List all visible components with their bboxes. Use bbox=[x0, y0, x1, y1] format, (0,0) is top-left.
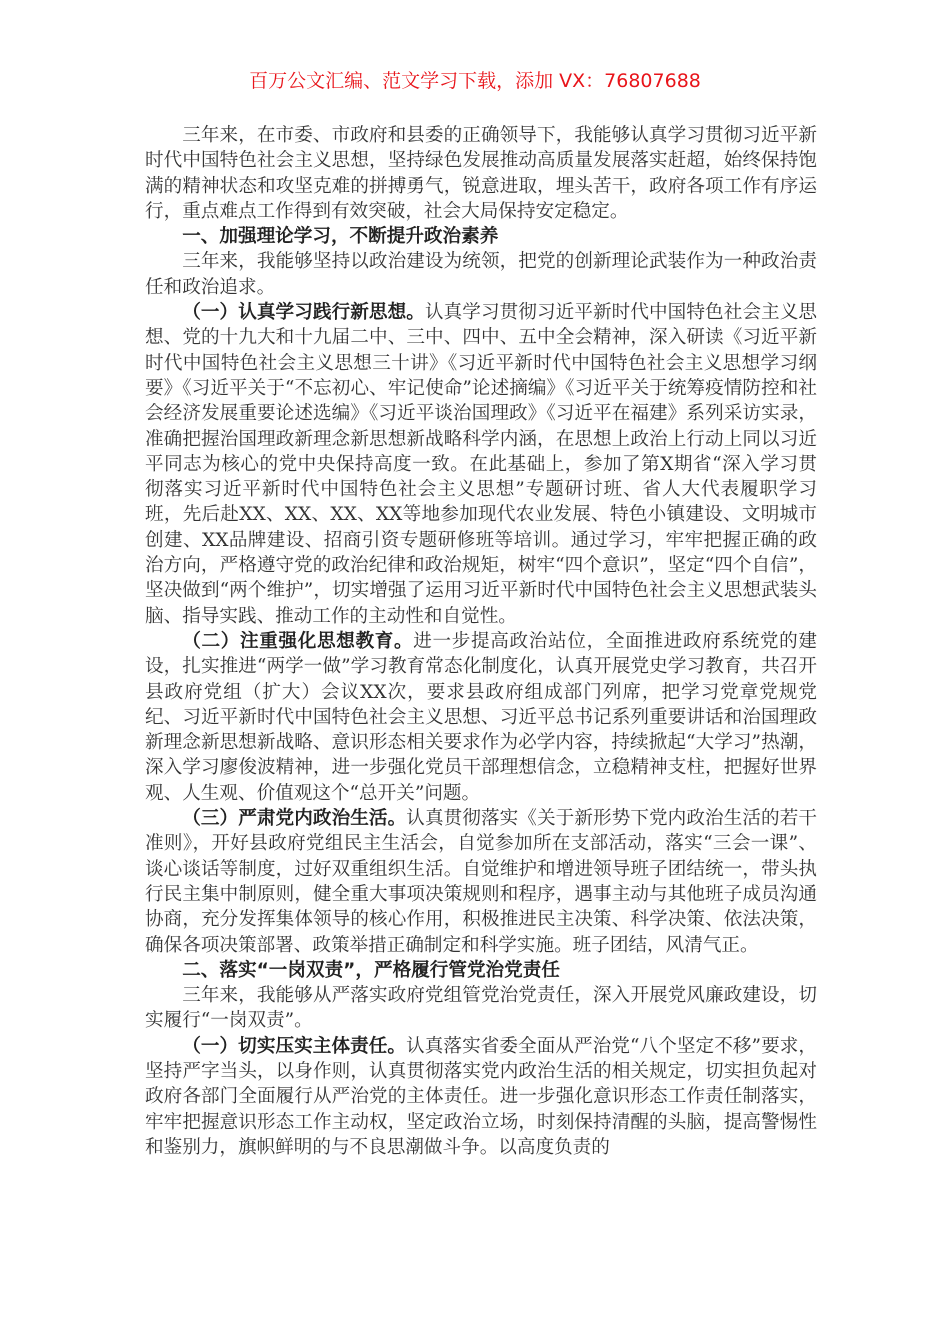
subsection-1-3: （三）严肃党内政治生活。认真贯彻落实《关于新形势下党内政治生活的若干准则》，开好… bbox=[145, 806, 817, 958]
document-body: 三年来，在市委、市政府和县委的正确领导下，我能够认真学习贯彻习近平新时代中国特色… bbox=[145, 123, 817, 1160]
subsection-1-2: （二）注重强化思想教育。进一步提高政治站位，全面推进政府系统党的建设，扎实推进“… bbox=[145, 629, 817, 806]
subsection-title: （二）注重强化思想教育。 bbox=[182, 631, 413, 652]
download-banner: 百万公文汇编、范文学习下载，添加 VX：76807688 bbox=[0, 66, 950, 96]
section-heading-2: 二、落实“一岗双责”，严格履行管党治党责任 bbox=[145, 958, 817, 983]
subsection-body: 认真学习贯彻习近平新时代中国特色社会主义思想、党的十九大和十九届二中、三中、四中… bbox=[145, 302, 817, 627]
section-1-intro: 三年来，我能够坚持以政治建设为统领，把党的创新理论武装作为一种政治责任和政治追求… bbox=[145, 249, 817, 300]
subsection-body: 进一步提高政治站位，全面推进政府系统党的建设，扎实推进“两学一做”学习教育常态化… bbox=[145, 631, 817, 804]
subsection-title: （一）切实压实主体责任。 bbox=[182, 1036, 406, 1057]
subsection-title: （三）严肃党内政治生活。 bbox=[182, 808, 406, 829]
subsection-1-1: （一）认真学习践行新思想。认真学习贯彻习近平新时代中国特色社会主义思想、党的十九… bbox=[145, 300, 817, 629]
section-2-intro: 三年来，我能够从严落实政府党组管党治党责任，深入开展党风廉政建设，切实履行“一岗… bbox=[145, 983, 817, 1034]
subsection-body: 认真贯彻落实《关于新形势下党内政治生活的若干准则》，开好县政府党组民主生活会，自… bbox=[145, 808, 817, 955]
intro-paragraph: 三年来，在市委、市政府和县委的正确领导下，我能够认真学习贯彻习近平新时代中国特色… bbox=[145, 123, 817, 224]
subsection-2-1: （一）切实压实主体责任。认真落实省委全面从严治党“八个坚定不移”要求，坚持严字当… bbox=[145, 1034, 817, 1160]
subsection-title: （一）认真学习践行新思想。 bbox=[182, 302, 425, 323]
section-heading-1: 一、加强理论学习，不断提升政治素养 bbox=[145, 224, 817, 249]
